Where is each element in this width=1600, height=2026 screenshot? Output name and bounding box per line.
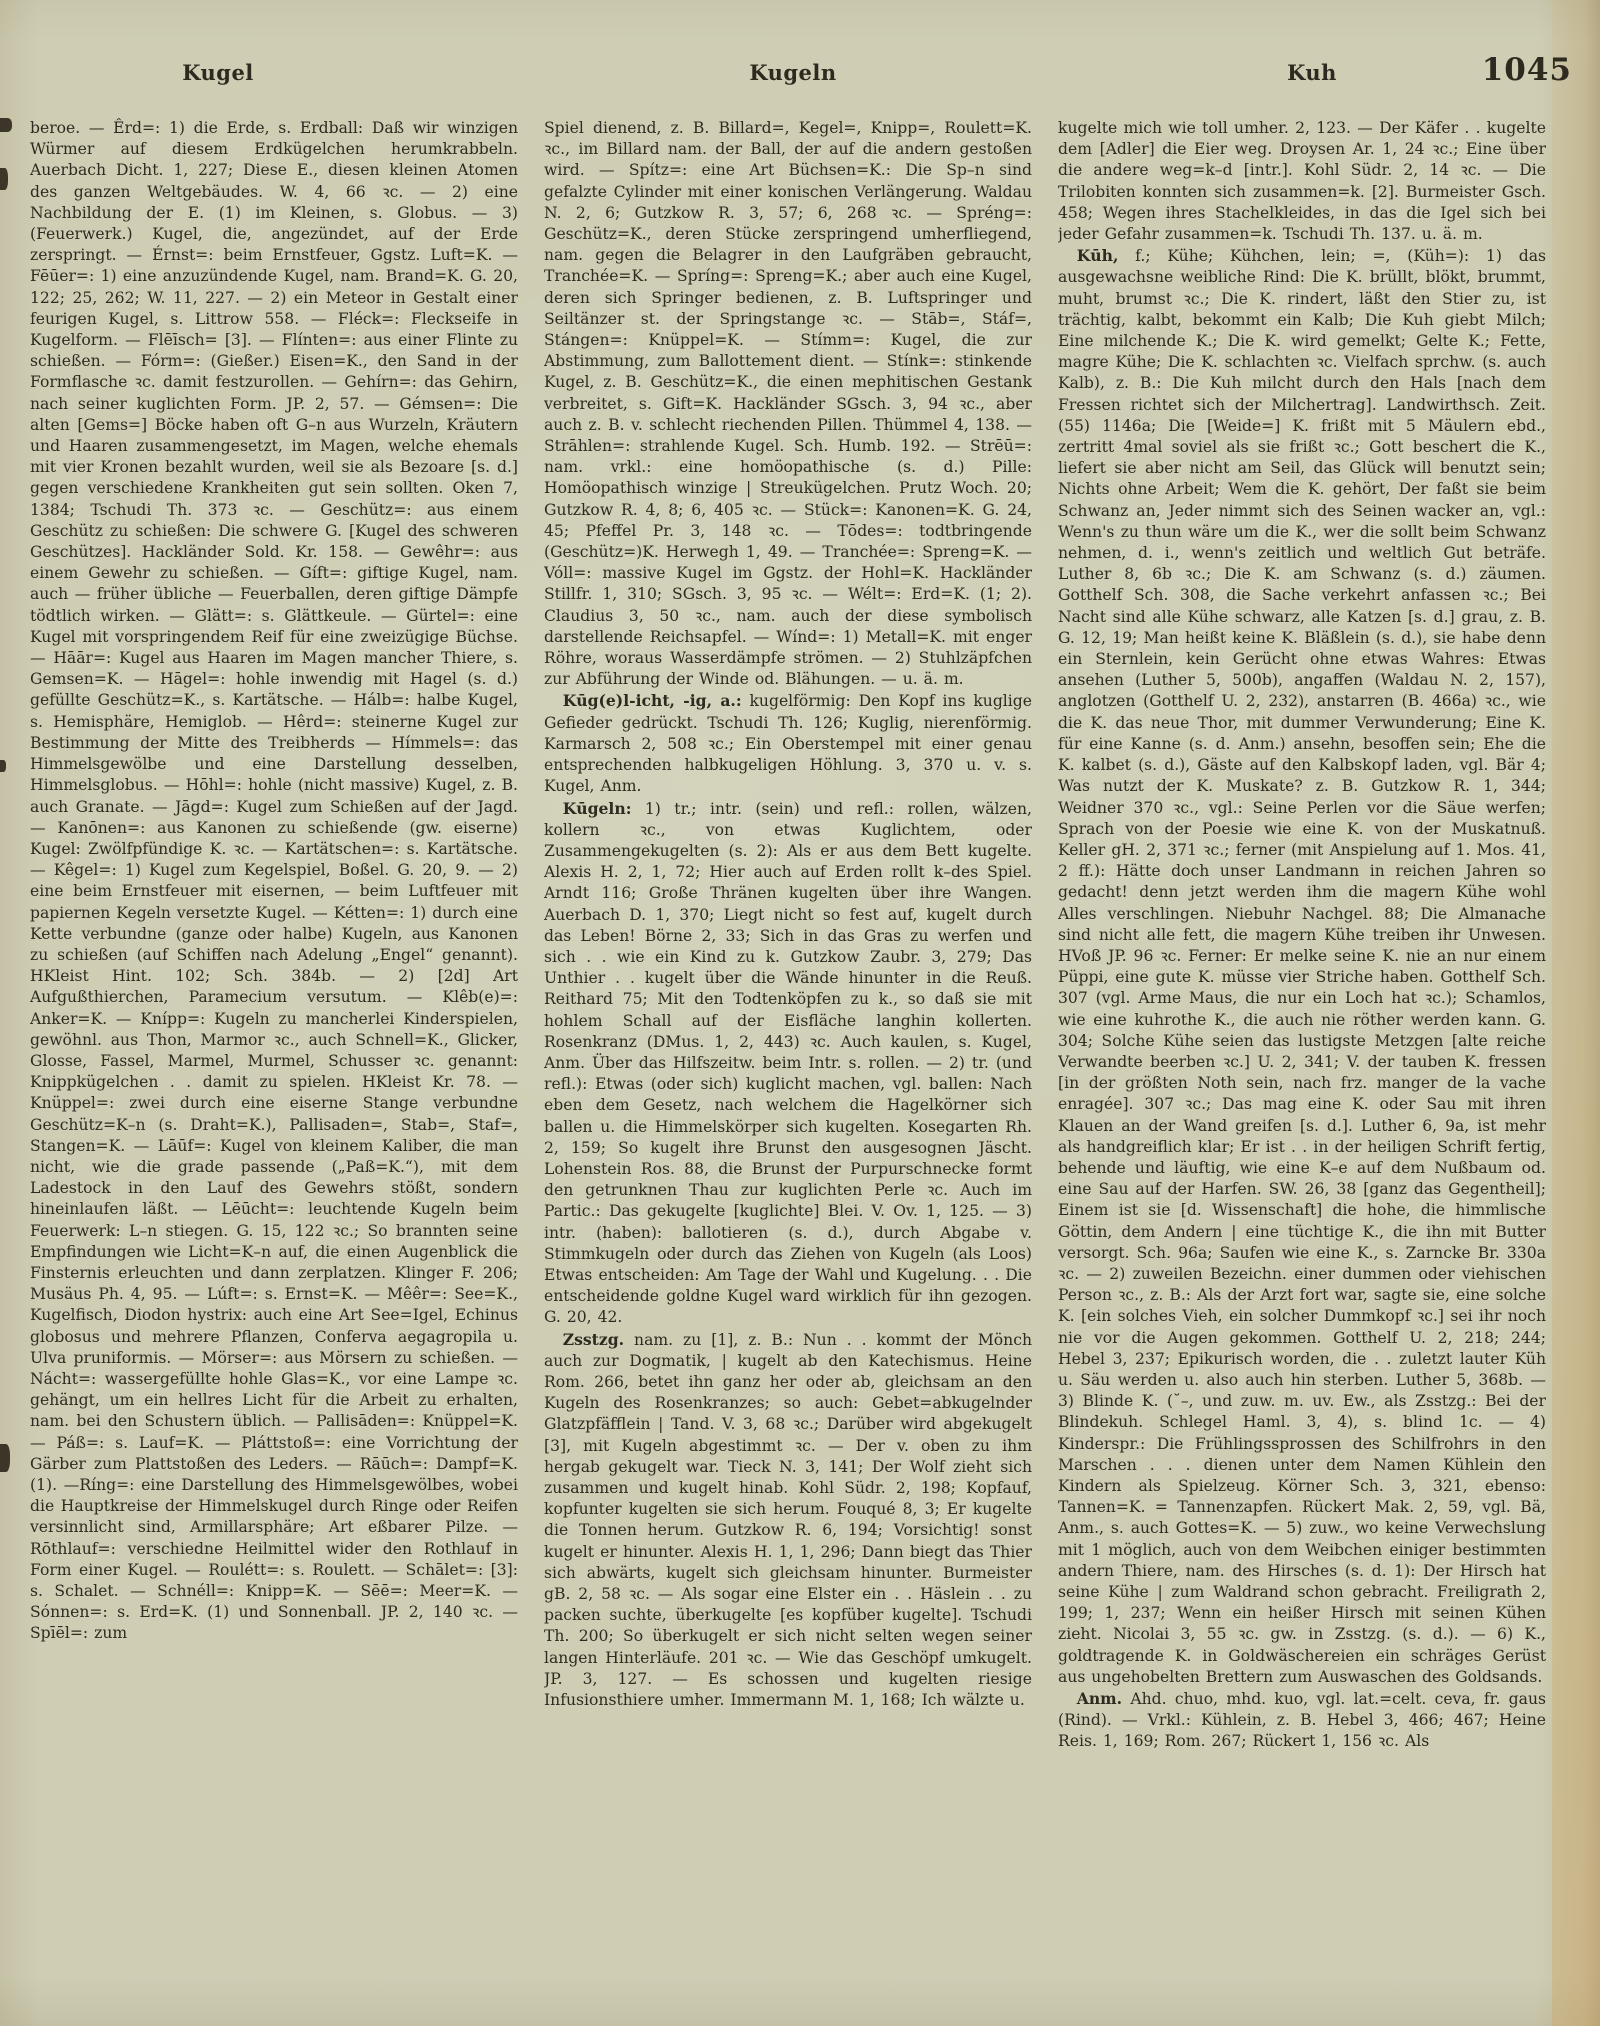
headword: Anm. <box>1077 1689 1122 1708</box>
running-head-kugeln: Kugeln <box>718 60 868 85</box>
column-center: Spiel dienend, z. B. Billard=, Kegel=, K… <box>544 118 1032 1918</box>
page-right-edge <box>1552 0 1600 2026</box>
paragraph-text: beroe. — Êrd=: 1) die Erde, s. Erdball: … <box>30 119 518 1642</box>
column-left: beroe. — Êrd=: 1) die Erde, s. Erdball: … <box>30 118 518 1918</box>
paragraph-text: nam. zu [1], z. B.: Nun . . kommt der Mö… <box>544 1331 1032 1709</box>
paragraph-text: 1) tr.; intr. (sein) und refl.: rollen, … <box>544 800 1032 1327</box>
paragraph-text: f.; Kühe; Kühchen, lein; =, (Küh=): 1) d… <box>1058 247 1546 1686</box>
scan-speck <box>0 118 12 132</box>
scan-speck <box>0 1444 10 1472</box>
scan-speck <box>0 760 6 772</box>
headword: Kūg(e)l-icht, -ig, a.: <box>563 691 742 710</box>
scan-speck <box>0 168 8 190</box>
entry-kugeln: Kūgeln: 1) tr.; intr. (sein) und refl.: … <box>544 798 1032 1329</box>
paragraph-continuation: beroe. — Êrd=: 1) die Erde, s. Erdball: … <box>30 118 518 1645</box>
page-number: 1045 <box>1462 52 1572 88</box>
headword: Kūh, <box>1077 246 1119 265</box>
column-right: kugelte mich wie toll umher. 2, 123. — D… <box>1058 118 1546 1918</box>
text-block: beroe. — Êrd=: 1) die Erde, s. Erdball: … <box>30 118 1546 1918</box>
entry-kuh-anm: Anm. Ahd. chuo, mhd. kuo, vgl. lat.=celt… <box>1058 1688 1546 1753</box>
entry-kugeln-zsstzg: Zsstzg. nam. zu [1], z. B.: Nun . . komm… <box>544 1329 1032 1712</box>
running-head-kuh: Kuh <box>1242 60 1382 85</box>
headword: Zsstzg. <box>563 1330 624 1349</box>
paragraph-text: kugelte mich wie toll umher. 2, 123. — D… <box>1058 119 1546 243</box>
entry-kugelicht: Kūg(e)l-icht, -ig, a.: kugelförmig: Den … <box>544 690 1032 797</box>
paragraph-text: Spiel dienend, z. B. Billard=, Kegel=, K… <box>544 119 1032 688</box>
paragraph-continuation: Spiel dienend, z. B. Billard=, Kegel=, K… <box>544 118 1032 690</box>
paragraph-continuation: kugelte mich wie toll umher. 2, 123. — D… <box>1058 118 1546 245</box>
headword: Kūgeln: <box>563 799 632 818</box>
entry-kuh: Kūh, f.; Kühe; Kühchen, lein; =, (Küh=):… <box>1058 245 1546 1688</box>
running-head-kugel: Kugel <box>148 60 288 85</box>
paragraph-text: Ahd. chuo, mhd. kuo, vgl. lat.=celt. cev… <box>1058 1690 1546 1750</box>
dictionary-page: Kugel Kugeln Kuh 1045 beroe. — Êrd=: 1) … <box>0 0 1600 2026</box>
